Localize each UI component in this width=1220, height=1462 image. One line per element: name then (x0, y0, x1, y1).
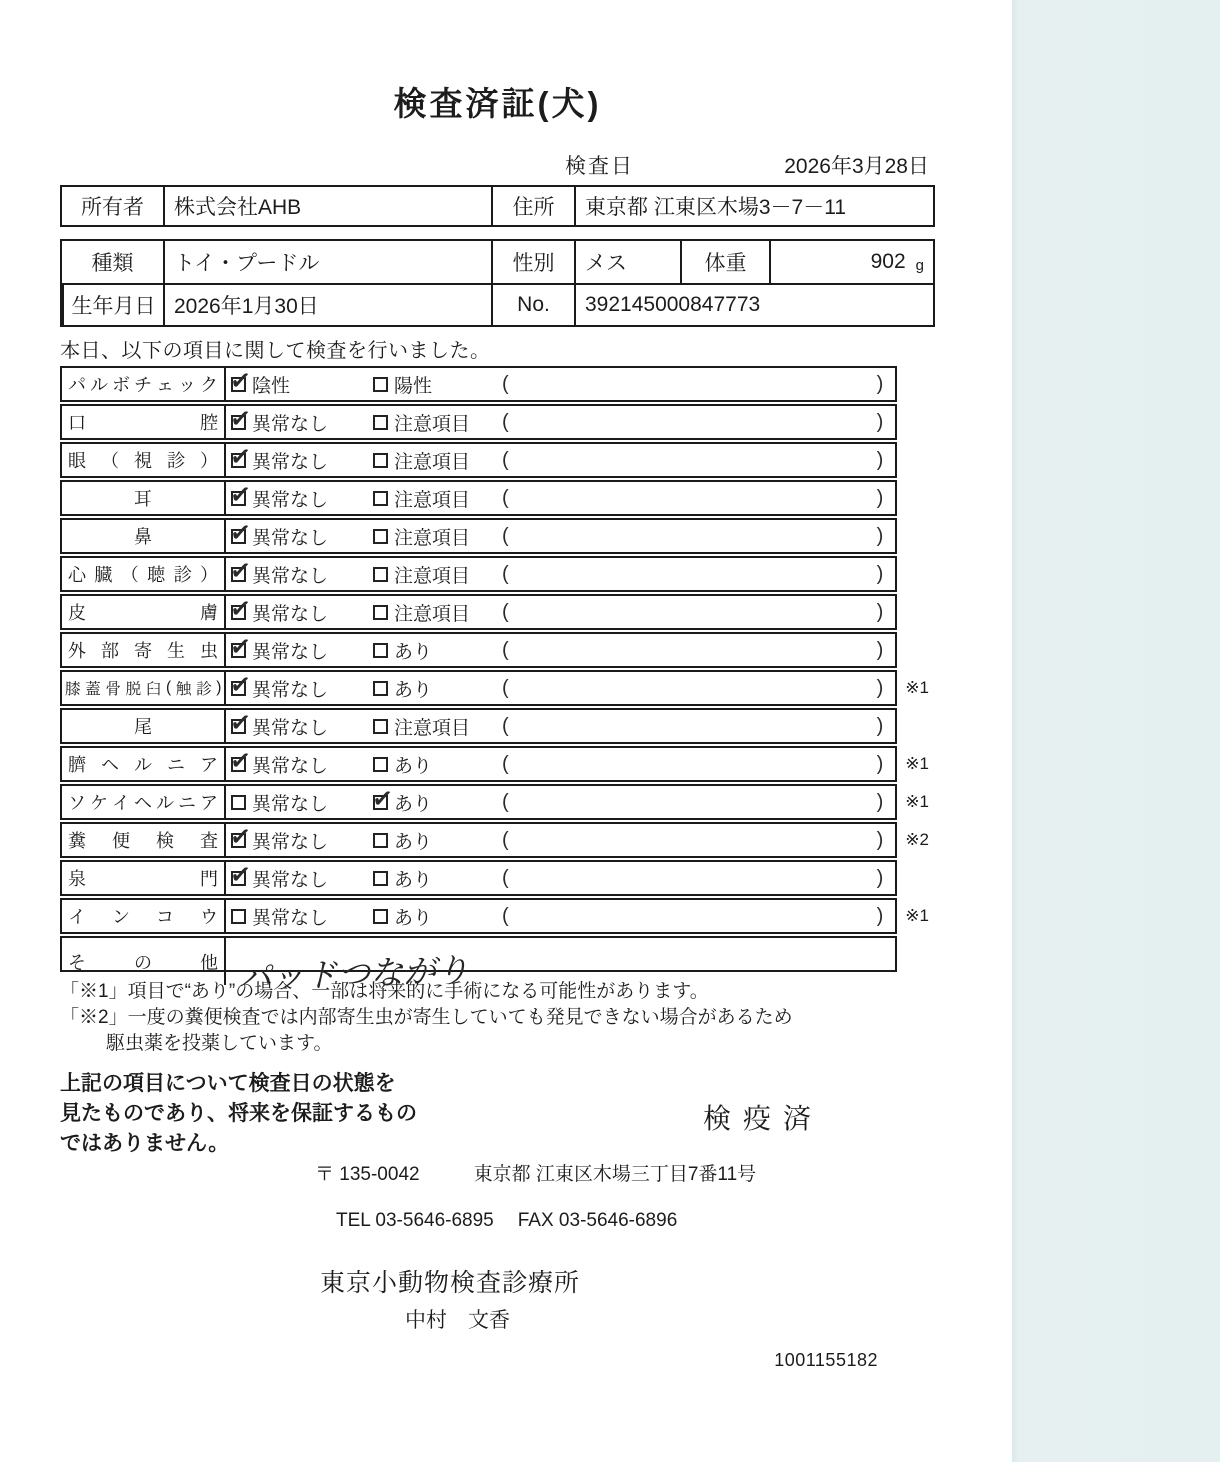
exam-row: 鼻異常なし注意項目() (60, 518, 935, 554)
paren-open: ( (502, 639, 509, 662)
exam-item-label-char: ェ (156, 371, 174, 397)
exam-option: 注意項目 (368, 561, 500, 588)
exam-option-label: 異常なし (252, 637, 328, 664)
exam-item-label-char: ) (216, 679, 221, 697)
checkbox-icon (373, 605, 388, 620)
exam-item-label: 耳 (62, 482, 226, 514)
exam-table: パルボチェック陰性陽性()口腔異常なし注意項目()眼（視診）異常なし注意項目()… (60, 366, 935, 972)
exam-option-label: あり (394, 827, 432, 854)
checkbox-checked-icon (231, 529, 246, 544)
footnote-reference-mark: ※1 (905, 754, 935, 774)
paren-open: ( (502, 677, 509, 700)
paren-open: ( (502, 829, 509, 852)
exam-item-label-char: 視 (134, 447, 152, 473)
checkbox-checked-icon (231, 643, 246, 658)
remarks-parentheses-field: () (500, 563, 895, 586)
checkbox-checked-icon (231, 453, 246, 468)
checkbox-icon (373, 491, 388, 506)
exam-row: 膝蓋骨脱臼(触診)異常なしあり()※1 (60, 670, 935, 706)
exam-item-label-char: 診 (174, 561, 192, 587)
exam-item-label-char: チ (134, 371, 152, 397)
sex-value: メス (574, 241, 680, 283)
exam-row: 心臓（聴診）異常なし注意項目() (60, 556, 935, 592)
exam-item-label: 鼻 (62, 520, 226, 552)
remarks-parentheses-field: () (500, 715, 895, 738)
exam-item-label-char: 聴 (147, 561, 165, 587)
exam-item-label-char: 耳 (134, 485, 152, 511)
paren-open: ( (502, 525, 509, 548)
exam-row: パルボチェック陰性陽性() (60, 366, 935, 402)
exam-item-label: 眼（視診） (62, 444, 226, 476)
exam-item-label-char: ウ (200, 903, 218, 929)
exam-item-label-char: ( (166, 679, 171, 697)
checkbox-checked-icon (231, 871, 246, 886)
exam-item-label: 外部寄生虫 (62, 634, 226, 666)
exam-item-label-char: ル (156, 789, 174, 815)
paren-open: ( (502, 791, 509, 814)
checkbox-icon (373, 681, 388, 696)
exam-row-box: ソケイヘルニア異常なしあり() (60, 784, 897, 820)
exam-option-label: 陽性 (394, 371, 432, 398)
exam-item-label-char: ニ (178, 789, 196, 815)
exam-item-label: 口腔 (62, 406, 226, 438)
remarks-parentheses-field: () (500, 905, 895, 928)
exam-option-label: 陰性 (252, 371, 290, 398)
exam-row-box: パルボチェック陰性陽性() (60, 366, 897, 402)
remarks-parentheses-field: () (500, 487, 895, 510)
checkbox-icon (373, 833, 388, 848)
paren-close: ) (877, 525, 884, 548)
exam-option-label: 異常なし (252, 865, 328, 892)
inspection-date-value: 2026年3月28日 (784, 150, 929, 180)
paren-close: ) (877, 487, 884, 510)
exam-item-label: 泉門 (62, 862, 226, 894)
exam-row-box: 糞便検査異常なしあり() (60, 822, 897, 858)
exam-option: 異常なし (226, 447, 368, 474)
exam-row: インコウ異常なしあり()※1 (60, 898, 935, 934)
exam-item-label: 臍ヘルニア (62, 748, 226, 780)
exam-item-label-char: 皮 (68, 599, 86, 625)
exam-row: 口腔異常なし注意項目() (60, 404, 935, 440)
intro-sentence: 本日、以下の項目に関して検査を行いました。 (60, 334, 935, 363)
remarks-parentheses-field: () (500, 677, 895, 700)
exam-option: 注意項目 (368, 485, 500, 512)
exam-item-label-char: ヘ (134, 789, 152, 815)
exam-row-box: 膝蓋骨脱臼(触診)異常なしあり() (60, 670, 897, 706)
exam-item-label-char: ソ (68, 789, 86, 815)
owner-table: 所有者 株式会社AHB 住所 東京都 江東区木場3－7－11 (60, 185, 935, 227)
exam-item-label-char: ア (200, 751, 218, 777)
exam-option-label: 異常なし (252, 789, 328, 816)
paren-open: ( (502, 601, 509, 624)
footnote-reference-mark: ※1 (905, 792, 935, 812)
exam-item-label: 糞便検査 (62, 824, 226, 856)
exam-item-label-char: 脱 (126, 677, 141, 699)
footnote-reference-mark: ※1 (905, 906, 935, 926)
checkbox-icon (373, 377, 388, 392)
inspection-date-row: 検査日 2026年3月28日 (60, 150, 935, 177)
exam-row-box: 口腔異常なし注意項目() (60, 404, 897, 440)
exam-item-label-char: 鼻 (134, 523, 152, 549)
exam-option-label: 注意項目 (394, 523, 470, 550)
exam-option-label: 異常なし (252, 561, 328, 588)
exam-option-label: 注意項目 (394, 713, 470, 740)
checkbox-icon (373, 909, 388, 924)
exam-option-label: 異常なし (252, 523, 328, 550)
checkbox-icon (373, 415, 388, 430)
paren-open: ( (502, 905, 509, 928)
owner-value: 株式会社AHB (163, 187, 491, 225)
exam-item-label-char: 虫 (200, 637, 218, 663)
certificate-document: 検査済証(犬) 検査日 2026年3月28日 所有者 株式会社AHB 住所 東京… (0, 0, 1012, 1462)
exam-item-label: 膝蓋骨脱臼(触診) (62, 672, 226, 704)
exam-option: 異常なし (226, 637, 368, 664)
owner-address-value: 東京都 江東区木場3－7－11 (574, 187, 933, 225)
exam-item-label-char: 心 (68, 561, 86, 587)
remarks-parentheses-field: () (500, 525, 895, 548)
paren-open: ( (502, 753, 509, 776)
exam-option: 異常なし (226, 865, 368, 892)
remarks-parentheses-field: () (500, 601, 895, 624)
exam-option-label: 注意項目 (394, 409, 470, 436)
exam-item-label: ソケイヘルニア (62, 786, 226, 818)
checkbox-icon (373, 871, 388, 886)
exam-row-box: 泉門異常なしあり() (60, 860, 897, 896)
exam-row-box: 耳異常なし注意項目() (60, 480, 897, 516)
checkbox-icon (373, 643, 388, 658)
paren-open: ( (502, 487, 509, 510)
clinic-name: 東京小動物検査診療所 (60, 1263, 935, 1299)
paren-open: ( (502, 867, 509, 890)
paren-close: ) (877, 563, 884, 586)
exam-option: 異常なし (226, 713, 368, 740)
exam-item-label: 心臓（聴診） (62, 558, 226, 590)
exam-item-label-char: ボ (112, 371, 130, 397)
exam-item-label-char: 生 (167, 637, 185, 663)
exam-item-label-char: 触 (176, 677, 191, 699)
weight-value-cell: 902 g (769, 241, 933, 283)
exam-item-label-char: イ (112, 789, 130, 815)
weight-value: 902 (871, 250, 906, 274)
remarks-parentheses-field: () (500, 791, 895, 814)
exam-option: 異常なし (226, 485, 368, 512)
remarks-parentheses-field: () (500, 867, 895, 890)
clinic-phone-line: TEL 03-5646-6895 FAX 03-5646-6896 (60, 1210, 935, 1232)
exam-option: 異常なし (226, 599, 368, 626)
footnote-reference-mark: ※1 (905, 678, 935, 698)
checkbox-checked-icon (231, 757, 246, 772)
exam-option-label: 異常なし (252, 409, 328, 436)
exam-item-label-char: 膚 (200, 599, 218, 625)
paren-close: ) (877, 829, 884, 852)
exam-option-label: 異常なし (252, 675, 328, 702)
exam-item-label-char: （ (101, 447, 119, 473)
exam-row-box: インコウ異常なしあり() (60, 898, 897, 934)
exam-item-label-char: パ (68, 371, 86, 397)
exam-option: あり (368, 789, 500, 816)
paren-close: ) (877, 601, 884, 624)
paren-close: ) (877, 411, 884, 434)
exam-row: 尾異常なし注意項目() (60, 708, 935, 744)
exam-item-label-char: 蓋 (85, 677, 100, 699)
clinic-fax: FAX 03-5646-6896 (518, 1210, 678, 1232)
exam-item-label-char: 査 (200, 827, 218, 853)
exam-option: 注意項目 (368, 599, 500, 626)
page-title: 検査済証(犬) (60, 78, 935, 125)
exam-option-label: 異常なし (252, 485, 328, 512)
exam-option: 陽性 (368, 371, 500, 398)
checkbox-checked-icon (231, 415, 246, 430)
birthdate-value: 2026年1月30日 (163, 283, 491, 325)
breed-label: 種類 (62, 241, 163, 283)
exam-row: その他パッドつながり (60, 936, 935, 972)
exam-item-label-char: ケ (90, 789, 108, 815)
owner-address-label: 住所 (491, 187, 574, 225)
exam-item-label-char: ル (90, 371, 108, 397)
exam-item-label: 尾 (62, 710, 226, 742)
exam-item-label: 皮膚 (62, 596, 226, 628)
exam-item-label-char: ク (200, 371, 218, 397)
exam-item-label-char: 寄 (134, 637, 152, 663)
exam-item-label-char: 口 (68, 409, 86, 435)
exam-item-label-char: の (134, 949, 152, 975)
exam-option: 注意項目 (368, 523, 500, 550)
quarantine-stamp: 検疫済 (703, 1097, 823, 1137)
exam-item-label-char: 門 (200, 865, 218, 891)
checkbox-icon (231, 909, 246, 924)
inspection-date-label: 検査日 (565, 150, 634, 180)
checkbox-checked-icon (231, 567, 246, 582)
exam-row: 泉門異常なしあり() (60, 860, 935, 896)
exam-option: 陰性 (226, 371, 368, 398)
footnote-2-line1: 「※2」一度の糞便検査では内部寄生虫が寄生していても発見できない場合があるため (60, 1005, 935, 1031)
paren-close: ) (877, 449, 884, 472)
weight-label: 体重 (680, 241, 769, 283)
exam-item-label-char: 尾 (134, 713, 152, 739)
exam-option: あり (368, 751, 500, 778)
exam-option: あり (368, 865, 500, 892)
checkbox-checked-icon (231, 681, 246, 696)
exam-item-label-char: 検 (156, 827, 174, 853)
paren-close: ) (877, 905, 884, 928)
checkbox-checked-icon (231, 377, 246, 392)
paren-open: ( (502, 373, 509, 396)
exam-item-label-char: 糞 (68, 827, 86, 853)
exam-row: 耳異常なし注意項目() (60, 480, 935, 516)
paren-open: ( (502, 715, 509, 738)
exam-item-label-char: ン (112, 903, 130, 929)
exam-item-label: その他 (62, 938, 226, 985)
exam-option: 注意項目 (368, 713, 500, 740)
exam-option: 注意項目 (368, 409, 500, 436)
remarks-parentheses-field: () (500, 829, 895, 852)
footnote-2-line2: 駆虫薬を投薬しています。 (60, 1031, 935, 1057)
exam-item-label-char: 眼 (68, 447, 86, 473)
paren-open: ( (502, 563, 509, 586)
exam-option-label: 注意項目 (394, 447, 470, 474)
exam-row: 臍ヘルニア異常なしあり()※1 (60, 746, 935, 782)
paren-close: ) (877, 791, 884, 814)
exam-option: 異常なし (226, 409, 368, 436)
birthdate-label: 生年月日 (62, 283, 163, 325)
exam-option-label: あり (394, 637, 432, 664)
exam-row-box: 鼻異常なし注意項目() (60, 518, 897, 554)
exam-option-label: 異常なし (252, 751, 328, 778)
scan-background-strip (1012, 0, 1220, 1462)
exam-option: あり (368, 827, 500, 854)
exam-option: あり (368, 903, 500, 930)
paren-close: ) (877, 867, 884, 890)
exam-option-label: 注意項目 (394, 561, 470, 588)
exam-row: ソケイヘルニア異常なしあり()※1 (60, 784, 935, 820)
exam-row-box: 臍ヘルニア異常なしあり() (60, 746, 897, 782)
closing-section: 上記の項目について検査日の状態を 見たものであり、将来を保証するもの ではありま… (60, 1069, 935, 1165)
exam-row-box: 心臓（聴診）異常なし注意項目() (60, 556, 897, 592)
exam-option-label: 異常なし (252, 599, 328, 626)
exam-item-label-char: （ (121, 561, 139, 587)
exam-item-label-char: ル (134, 751, 152, 777)
exam-item-label-char: 臍 (68, 751, 86, 777)
clinic-tel: TEL 03-5646-6895 (336, 1210, 494, 1232)
exam-option: 異常なし (226, 675, 368, 702)
exam-item-label-char: 外 (68, 637, 86, 663)
checkbox-checked-icon (231, 605, 246, 620)
exam-option-label: あり (394, 789, 432, 816)
exam-item-label-char: ア (200, 789, 218, 815)
paren-open: ( (502, 449, 509, 472)
paren-close: ) (877, 677, 884, 700)
exam-item-label-char: 臼 (146, 677, 161, 699)
checkbox-icon (231, 795, 246, 810)
checkbox-icon (373, 567, 388, 582)
remarks-parentheses-field: () (500, 639, 895, 662)
remarks-parentheses-field: () (500, 753, 895, 776)
exam-item-label: インコウ (62, 900, 226, 932)
exam-item-label-char: ） (200, 561, 218, 587)
exam-item-label-char: ヘ (101, 751, 119, 777)
exam-item-label-char: 骨 (105, 677, 120, 699)
owner-label: 所有者 (62, 187, 163, 225)
exam-option: 異常なし (226, 523, 368, 550)
exam-row-box: 外部寄生虫異常なしあり() (60, 632, 897, 668)
exam-row-box: その他パッドつながり (60, 936, 897, 972)
checkbox-checked-icon (231, 833, 246, 848)
checkbox-checked-icon (231, 719, 246, 734)
exam-option: 注意項目 (368, 447, 500, 474)
serial-number: 1001155182 (60, 1350, 935, 1371)
exam-option: 異常なし (226, 751, 368, 778)
exam-option-label: 注意項目 (394, 485, 470, 512)
checkbox-icon (373, 529, 388, 544)
exam-option-label: あり (394, 865, 432, 892)
exam-option-label: 異常なし (252, 713, 328, 740)
exam-item-label-char: 診 (167, 447, 185, 473)
exam-item-label-char: 部 (101, 637, 119, 663)
checkbox-icon (373, 719, 388, 734)
exam-item-label-char: そ (68, 949, 86, 975)
exam-option: 異常なし (226, 789, 368, 816)
paren-close: ) (877, 373, 884, 396)
sex-label: 性別 (491, 241, 574, 283)
exam-option-label: 異常なし (252, 447, 328, 474)
number-value: 392145000847773 (574, 283, 933, 325)
exam-item-label-char: コ (156, 903, 174, 929)
exam-item-label: パルボチェック (62, 368, 226, 400)
footnote-reference-mark: ※2 (905, 830, 935, 850)
exam-option-label: あり (394, 903, 432, 930)
exam-row: 眼（視診）異常なし注意項目() (60, 442, 935, 478)
remarks-parentheses-field: () (500, 373, 895, 396)
exam-option-label: 異常なし (252, 827, 328, 854)
remarks-parentheses-field: () (500, 411, 895, 434)
exam-row: 糞便検査異常なしあり()※2 (60, 822, 935, 858)
paren-close: ) (877, 715, 884, 738)
remarks-parentheses-field: () (500, 449, 895, 472)
exam-item-label-char: 他 (200, 949, 218, 975)
exam-item-label-char: 診 (196, 677, 211, 699)
exam-item-label-char: イ (68, 903, 86, 929)
exam-option: あり (368, 675, 500, 702)
exam-item-label-char: 便 (112, 827, 130, 853)
exam-item-label-char: 膝 (65, 677, 80, 699)
exam-item-label-char: ッ (178, 371, 196, 397)
exam-option-label: 注意項目 (394, 599, 470, 626)
footnotes: 「※1」項目で“あり”の場合、一部は将来的に手術になる可能性があります。 「※2… (60, 979, 935, 1057)
exam-row-box: 皮膚異常なし注意項目() (60, 594, 897, 630)
exam-item-label-char: 臓 (94, 561, 112, 587)
number-label: No. (491, 283, 574, 325)
checkbox-checked-icon (231, 491, 246, 506)
examiner-name: 中村 文香 (60, 1304, 935, 1334)
breed-value: トイ・プードル (163, 241, 491, 283)
exam-item-label-char: 腔 (200, 409, 218, 435)
exam-row: 皮膚異常なし注意項目() (60, 594, 935, 630)
exam-option: 異常なし (226, 561, 368, 588)
checkbox-icon (373, 453, 388, 468)
checkbox-checked-icon (373, 795, 388, 810)
paren-close: ) (877, 753, 884, 776)
exam-option-label: 異常なし (252, 903, 328, 930)
exam-option-label: あり (394, 675, 432, 702)
pet-table: 種類 トイ・プードル 性別 メス 体重 902 g 生年月日 2026年1月30… (60, 239, 935, 327)
paren-close: ) (877, 639, 884, 662)
paren-open: ( (502, 411, 509, 434)
exam-item-label-char: ニ (167, 751, 185, 777)
exam-option: あり (368, 637, 500, 664)
exam-option: 異常なし (226, 827, 368, 854)
exam-row-box: 尾異常なし注意項目() (60, 708, 897, 744)
exam-row: 外部寄生虫異常なしあり() (60, 632, 935, 668)
exam-item-label-char: ） (200, 447, 218, 473)
exam-row-box: 眼（視診）異常なし注意項目() (60, 442, 897, 478)
exam-option-label: あり (394, 751, 432, 778)
exam-item-label-char: 泉 (68, 865, 86, 891)
exam-option: 異常なし (226, 903, 368, 930)
weight-unit: g (916, 250, 924, 274)
checkbox-icon (373, 757, 388, 772)
